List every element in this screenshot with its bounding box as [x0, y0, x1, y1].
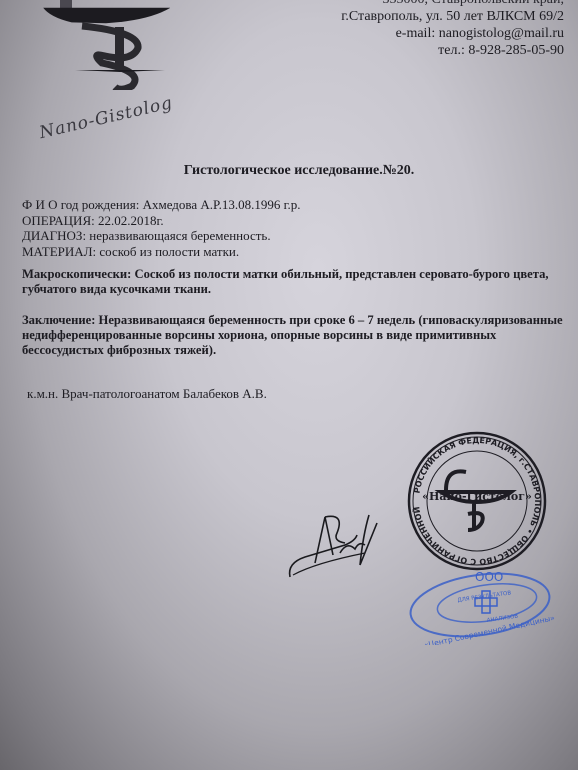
letterhead-address: 355000, Ставропольский край, г.Ставропол…	[341, 0, 564, 59]
field-diagnosis: ДИАГНОЗ: неразвивающаяся беременность.	[22, 228, 301, 244]
macroscopy-paragraph: Макроскопически: Соскоб из полости матки…	[22, 267, 567, 297]
blue-stamp-inner-top: ДЛЯ РЕЗУЛЬТАТОВ	[457, 590, 512, 604]
conclusion-paragraph: Заключение: Неразвивающаяся беременность…	[22, 313, 567, 358]
email-line: e-mail: nanogistolog@mail.ru	[341, 25, 564, 42]
field-operation-date: ОПЕРАЦИЯ: 22.02.2018г.	[22, 213, 301, 229]
patient-fields: Ф И О год рождения: Ахмедова А.Р.13.08.1…	[22, 197, 301, 259]
blue-stamp-top: ООО	[475, 570, 503, 584]
address-line-0: 355000, Ставропольский край,	[341, 0, 564, 8]
handwritten-signature	[285, 505, 385, 585]
round-company-stamp: РОССИЙСКАЯ ФЕДЕРАЦИЯ, г.СТАВРОПОЛЬ • ОБЩ…	[406, 430, 548, 572]
doctor-signature-line: к.м.н. Врач-патологоанатом Балабеков А.В…	[27, 386, 267, 402]
phone-line: тел.: 8-928-285-05-90	[341, 42, 564, 59]
field-patient-name: Ф И О год рождения: Ахмедова А.Р.13.08.1…	[22, 197, 301, 213]
blue-oval-stamp: ООО ДЛЯ РЕЗУЛЬТАТОВ АНАЛИЗОВ «Центр Совр…	[405, 565, 555, 645]
address-line-1: г.Ставрополь, ул. 50 лет ВЛКСМ 69/2	[341, 8, 564, 25]
stamp-center-text: «Нано-Гистолог»	[422, 490, 532, 503]
document-title: Гистологическое исследование.№20.	[0, 163, 578, 179]
bowl-of-hygieia-icon	[20, 0, 160, 90]
logo-text: Nano-Gistolog	[37, 93, 174, 143]
field-material: МАТЕРИАЛ: соскоб из полости матки.	[22, 244, 301, 260]
